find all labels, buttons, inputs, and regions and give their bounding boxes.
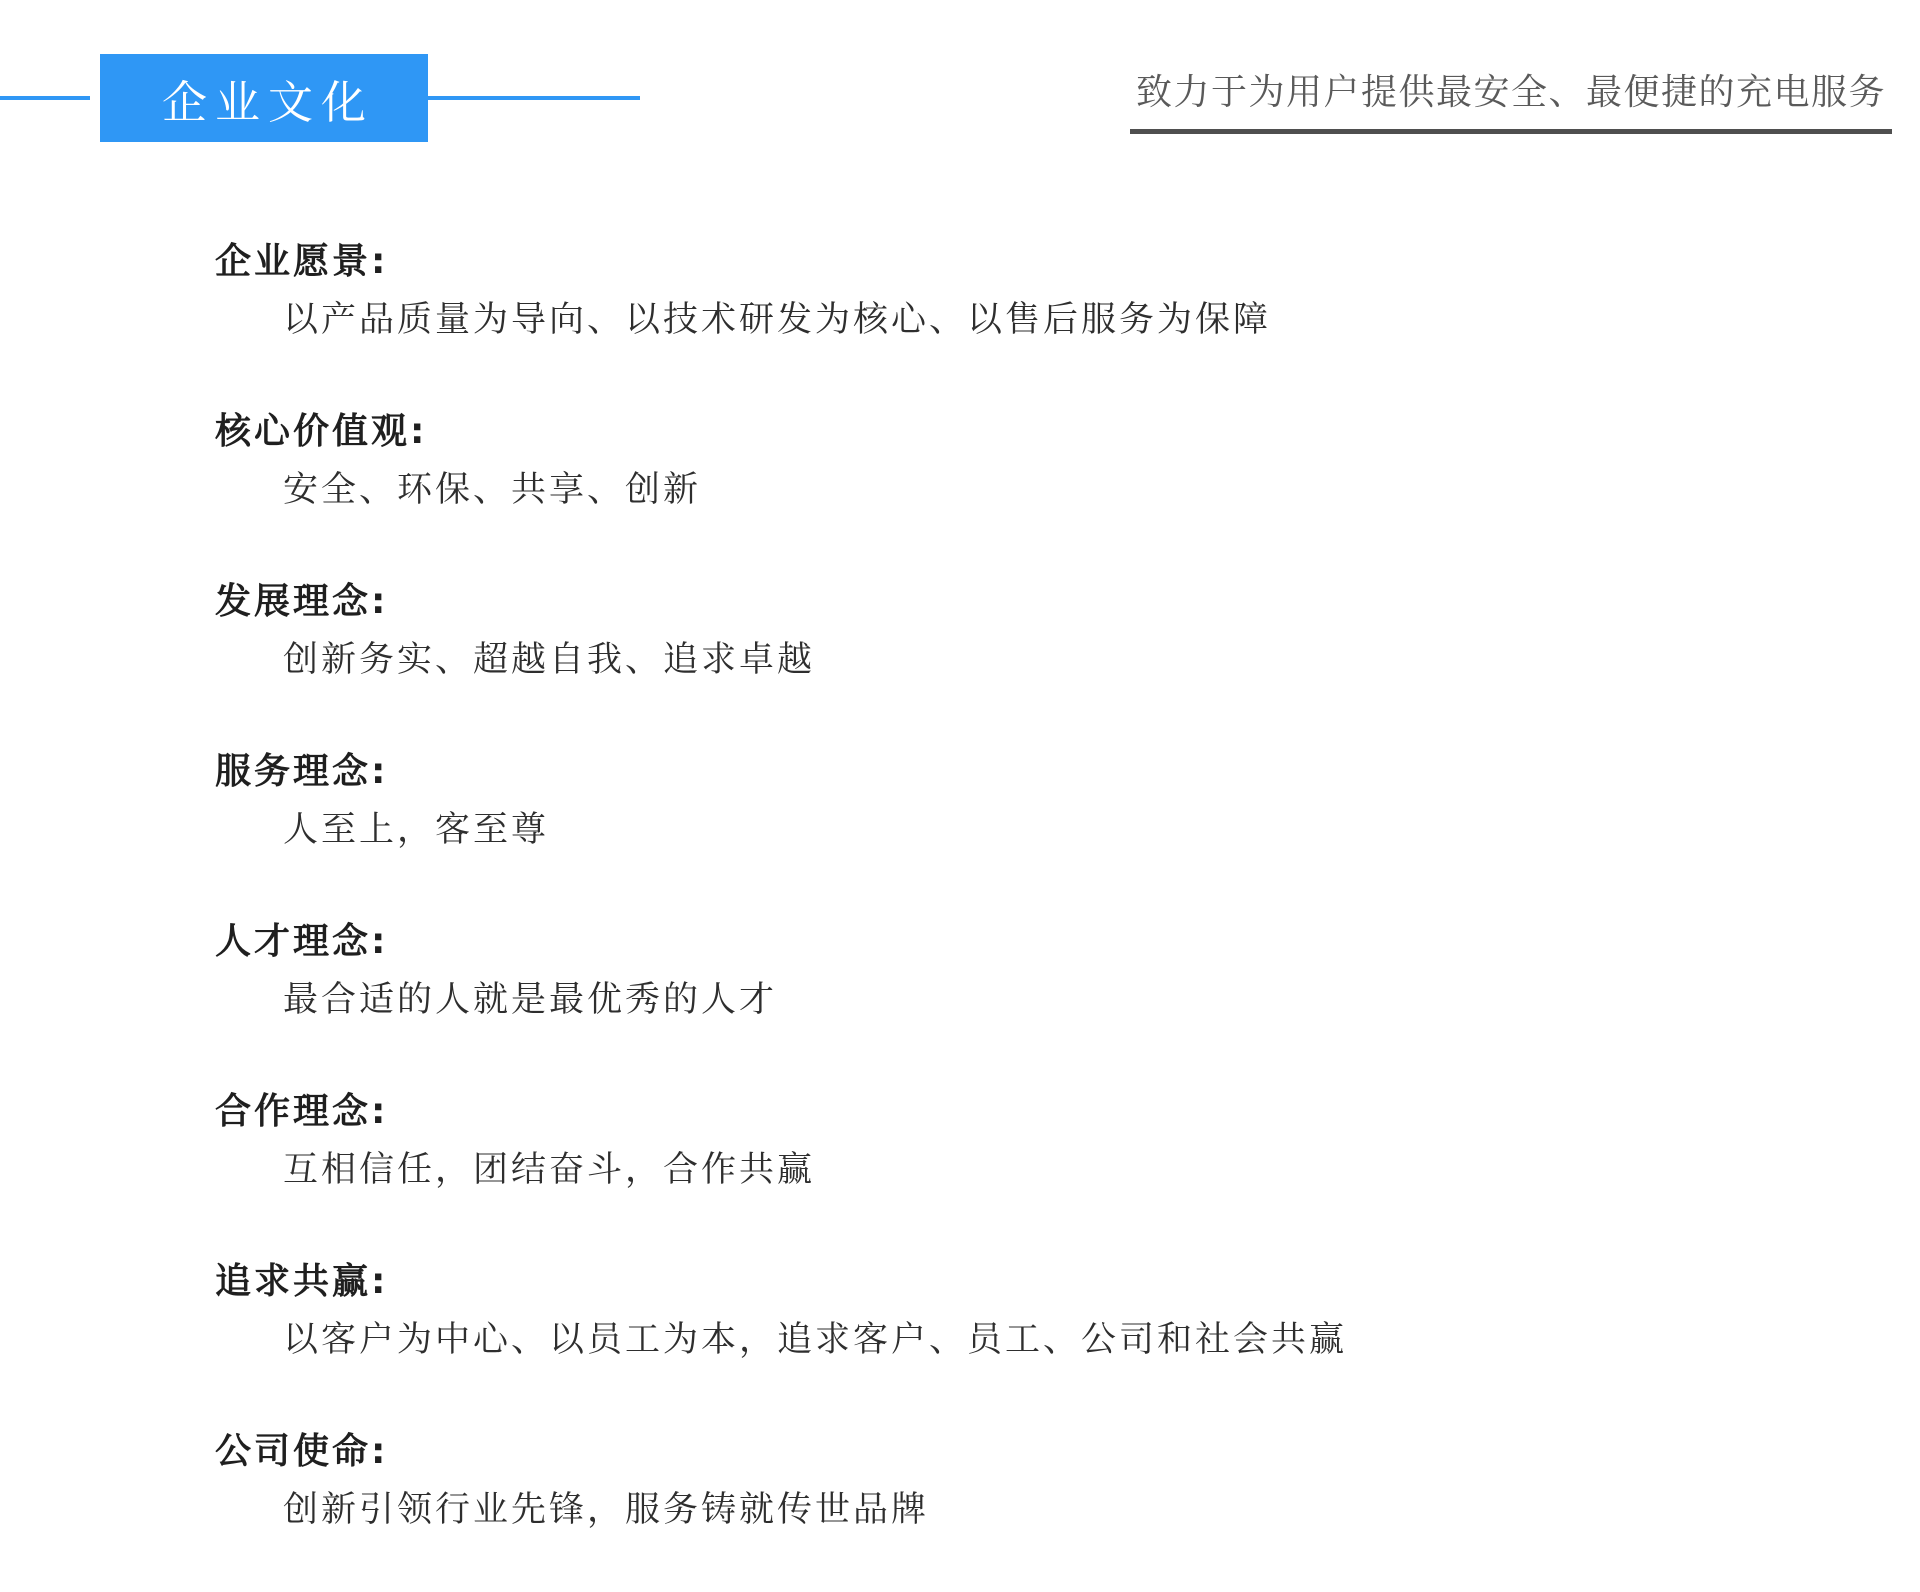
section-win-win: 追求共赢: 以客户为中心、以员工为本，追求客户、员工、公司和社会共赢 bbox=[215, 1258, 1715, 1364]
section-talent-philosophy: 人才理念: 最合适的人就是最优秀的人才 bbox=[215, 918, 1715, 1024]
section-heading: 企业愿景: bbox=[215, 238, 1715, 286]
section-content: 互相信任，团结奋斗，合作共赢 bbox=[283, 1146, 1715, 1194]
section-heading: 核心价值观: bbox=[215, 408, 1715, 456]
section-content: 以客户为中心、以员工为本，追求客户、员工、公司和社会共赢 bbox=[283, 1316, 1715, 1364]
section-heading: 人才理念: bbox=[215, 918, 1715, 966]
section-heading: 服务理念: bbox=[215, 748, 1715, 796]
section-heading: 追求共赢: bbox=[215, 1258, 1715, 1306]
header-accent-line-left bbox=[0, 96, 90, 100]
corporate-culture-page: 企业文化 致力于为用户提供最安全、最便捷的充电服务 企业愿景: 以产品质量为导向… bbox=[0, 0, 1920, 1592]
section-mission: 公司使命: 创新引领行业先锋，服务铸就传世品牌 bbox=[215, 1428, 1715, 1534]
header-slogan: 致力于为用户提供最安全、最便捷的充电服务 bbox=[1130, 72, 1892, 134]
section-content: 创新务实、超越自我、追求卓越 bbox=[283, 636, 1715, 684]
section-title-box: 企业文化 bbox=[100, 54, 428, 142]
section-content: 创新引领行业先锋，服务铸就传世品牌 bbox=[283, 1486, 1715, 1534]
section-content: 以产品质量为导向、以技术研发为核心、以售后服务为保障 bbox=[283, 296, 1715, 344]
section-heading: 发展理念: bbox=[215, 578, 1715, 626]
section-content: 人至上，客至尊 bbox=[283, 806, 1715, 854]
section-heading: 公司使命: bbox=[215, 1428, 1715, 1476]
section-content: 安全、环保、共享、创新 bbox=[283, 466, 1715, 514]
section-content: 最合适的人就是最优秀的人才 bbox=[283, 976, 1715, 1024]
section-core-values: 核心价值观: 安全、环保、共享、创新 bbox=[215, 408, 1715, 514]
section-development-philosophy: 发展理念: 创新务实、超越自我、追求卓越 bbox=[215, 578, 1715, 684]
section-service-philosophy: 服务理念: 人至上，客至尊 bbox=[215, 748, 1715, 854]
section-cooperation-philosophy: 合作理念: 互相信任，团结奋斗，合作共赢 bbox=[215, 1088, 1715, 1194]
culture-sections: 企业愿景: 以产品质量为导向、以技术研发为核心、以售后服务为保障 核心价值观: … bbox=[215, 238, 1715, 1592]
section-vision: 企业愿景: 以产品质量为导向、以技术研发为核心、以售后服务为保障 bbox=[215, 238, 1715, 344]
section-heading: 合作理念: bbox=[215, 1088, 1715, 1136]
header-accent-line-right bbox=[428, 96, 640, 100]
page-title: 企业文化 bbox=[154, 66, 374, 131]
